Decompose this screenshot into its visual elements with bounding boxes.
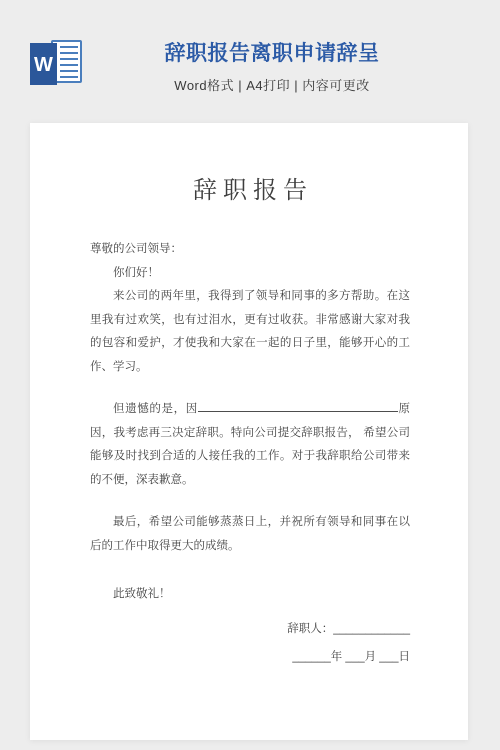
paragraph-thanks: 来公司的两年里，我得到了领导和同事的多方帮助。在这里我有过欢笑，也有过泪水，更有… — [90, 285, 410, 379]
paragraph-resignation-before: 但遗憾的是，因 — [113, 403, 198, 415]
signature-name-line: 辞职人：____________ — [90, 615, 410, 643]
paragraph-resignation: 但遗憾的是，因原因，我考虑再三决定辞职。特向公司提交辞职报告， 希望公司能够及时… — [90, 398, 410, 492]
closing: 此致敬礼！ — [90, 583, 410, 607]
signature-block: 辞职人：____________ ______年 ___月 ___日 — [90, 615, 410, 671]
document-page: 辞职报告 尊敬的公司领导： 你们好！ 来公司的两年里，我得到了领导和同事的多方帮… — [30, 123, 468, 740]
blank-underline — [198, 400, 398, 412]
paragraph-wishes: 最后，希望公司能够蒸蒸日上，并祝所有领导和同事在以后的工作中取得更大的成绩。 — [90, 511, 410, 558]
header-title: 辞职报告离职申请辞呈 — [44, 40, 500, 68]
header: W 辞职报告离职申请辞呈 Word格式 | A4打印 | 内容可更改 — [0, 0, 500, 123]
template-preview: W 辞职报告离职申请辞呈 Word格式 | A4打印 | 内容可更改 辞职报告 … — [0, 0, 500, 750]
salutation: 尊敬的公司领导： — [90, 238, 410, 262]
document-title: 辞职报告 — [90, 175, 410, 206]
header-text: 辞职报告离职申请辞呈 Word格式 | A4打印 | 内容可更改 — [44, 40, 500, 94]
greeting: 你们好！ — [90, 262, 410, 286]
signature-date-line: ______年 ___月 ___日 — [90, 643, 410, 671]
paragraph-resignation-after: 原因，我考虑再三决定辞职。特向公司提交辞职报告， 希望公司能够及时找到合适的人接… — [90, 403, 410, 486]
header-subtitle: Word格式 | A4打印 | 内容可更改 — [44, 75, 500, 94]
